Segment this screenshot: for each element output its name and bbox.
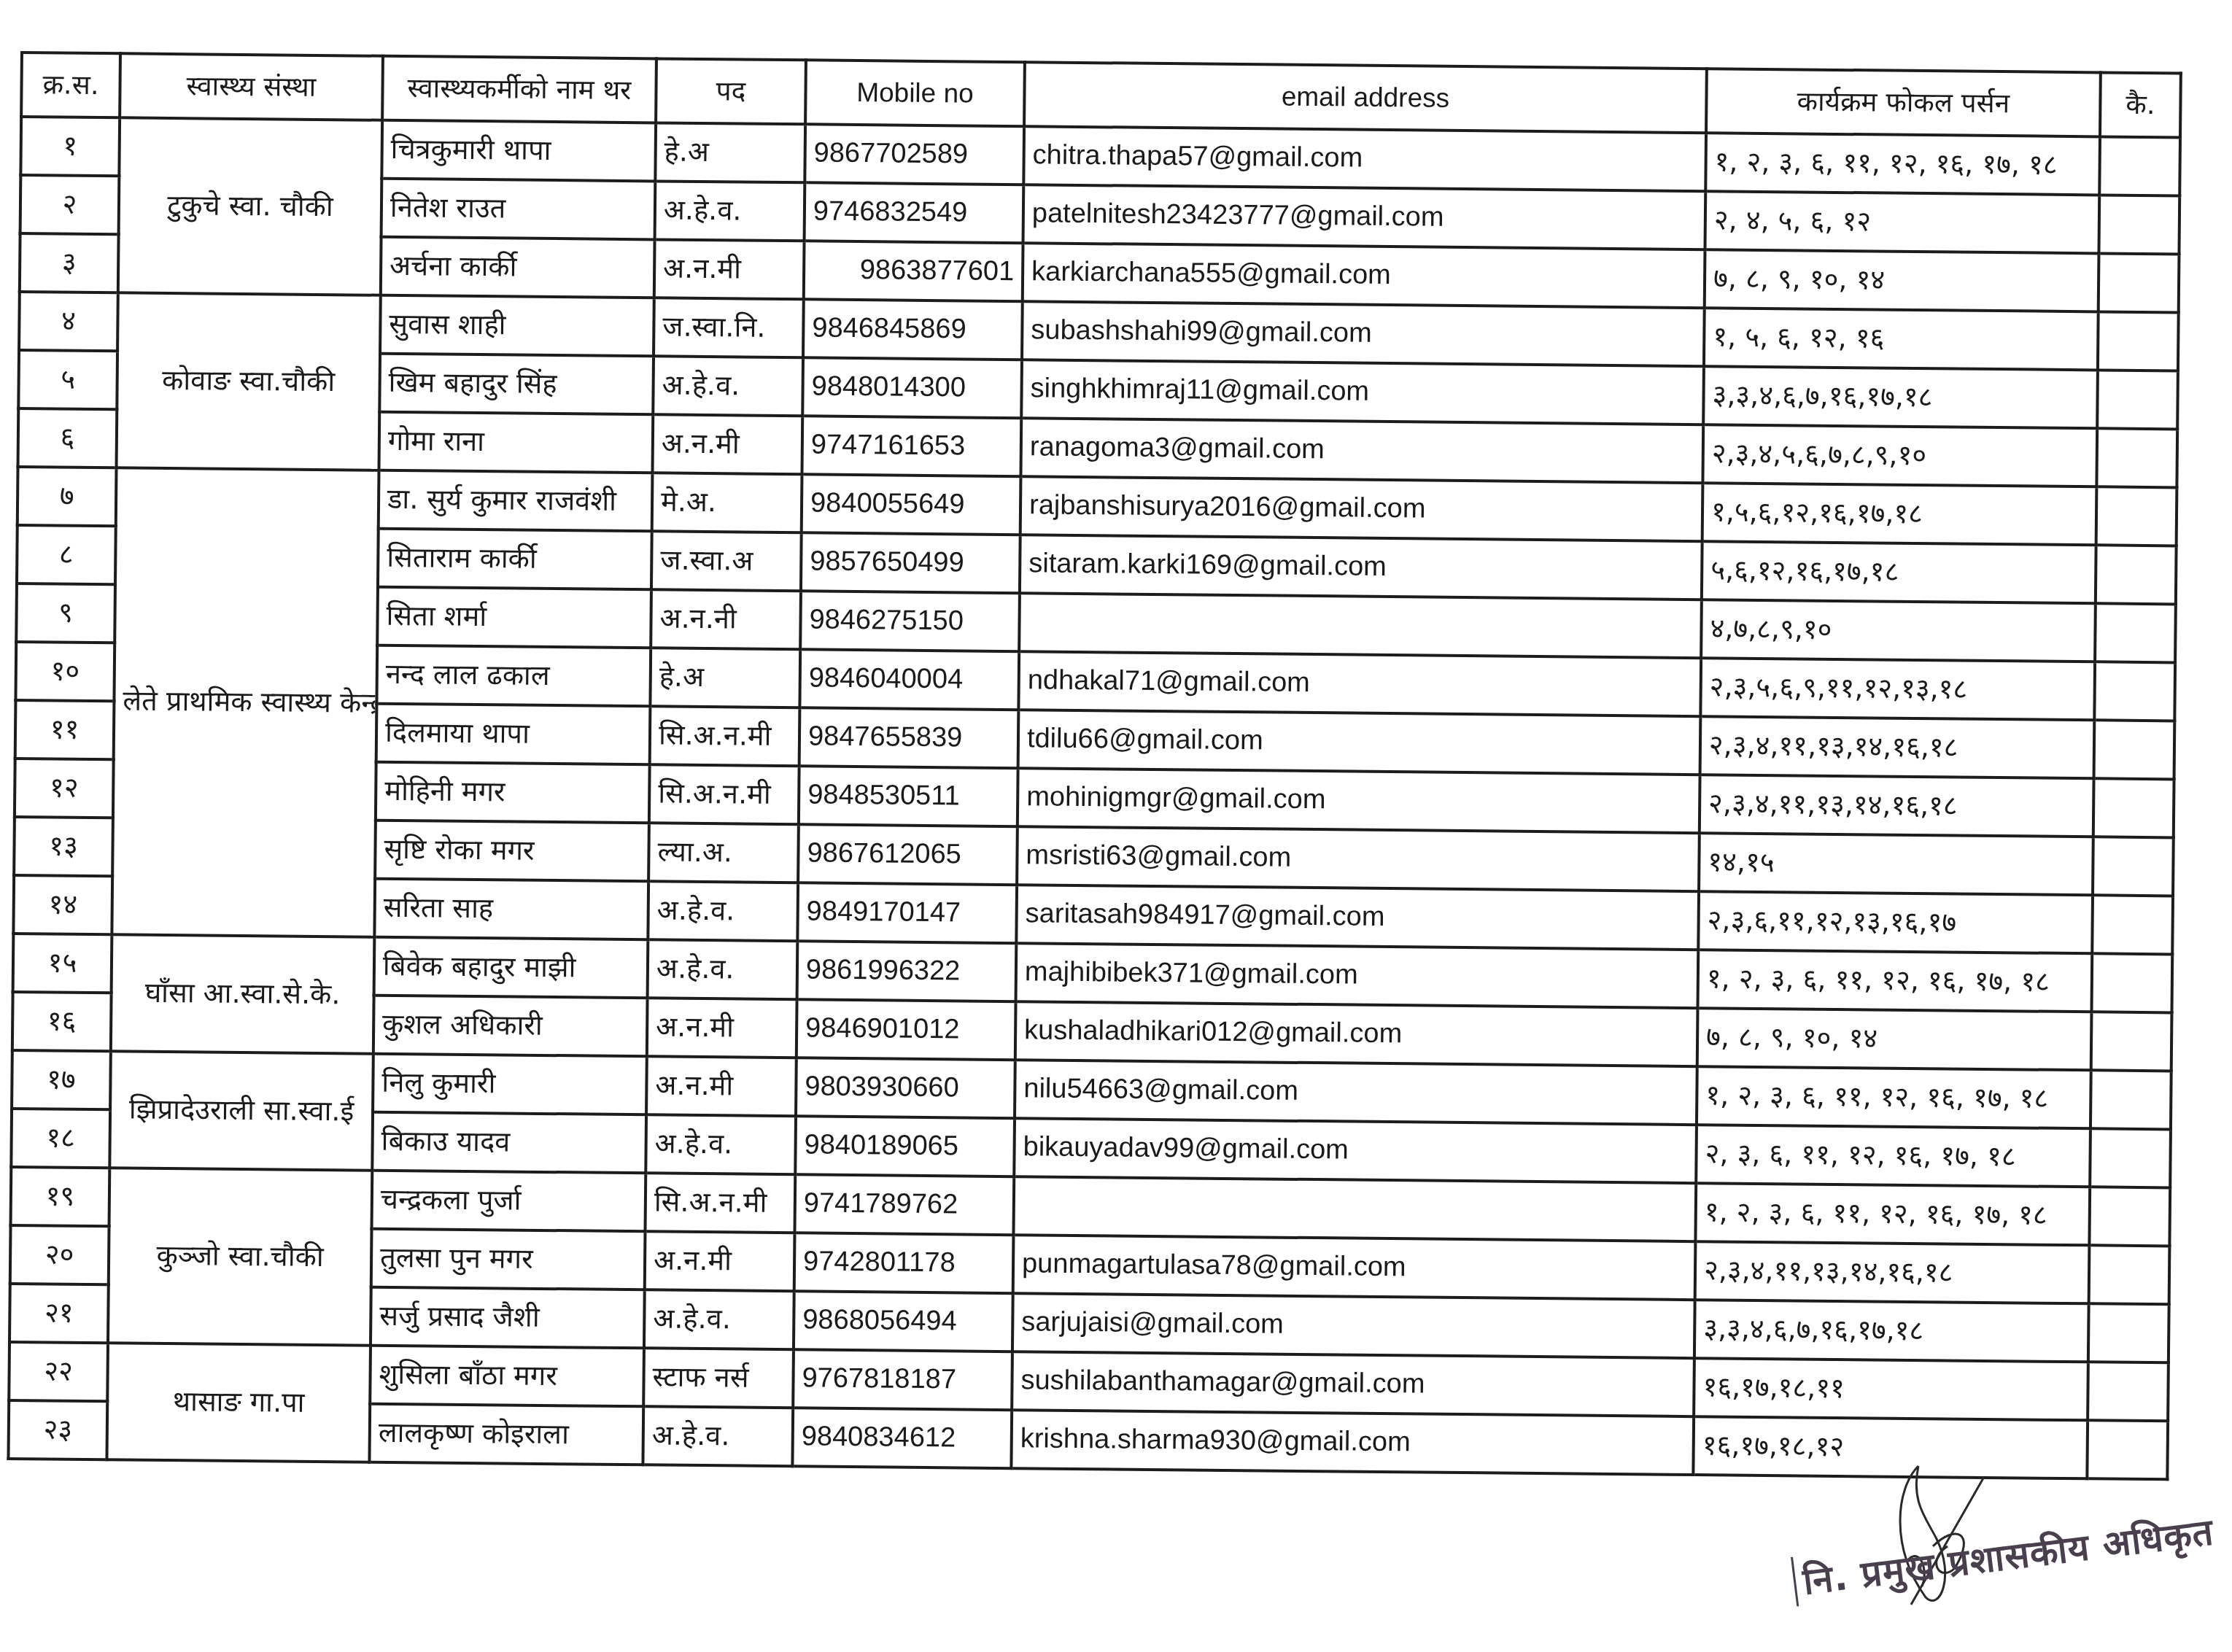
- focal-person-programs-cell: ३,३,४,६,७,१६,१७,१८: [1703, 366, 2098, 428]
- email-cell: ndhakal71@gmail.com: [1018, 651, 1701, 716]
- serial-number-cell: १४: [13, 875, 112, 934]
- health-institution-cell: कोवाङ स्वा.चौकी: [117, 292, 381, 470]
- serial-number-cell: ६: [18, 408, 117, 468]
- serial-number-cell: २: [20, 175, 120, 234]
- post-cell: मे.अ.: [652, 473, 802, 532]
- remarks-cell: [2099, 253, 2179, 312]
- serial-number-cell: ३: [20, 233, 119, 292]
- email-cell: sarjujaisi@gmail.com: [1012, 1293, 1695, 1358]
- remarks-cell: [2095, 603, 2176, 662]
- remarks-cell: [2092, 895, 2173, 954]
- remarks-cell: [2096, 545, 2177, 604]
- post-cell: अ.न.मी: [652, 414, 802, 474]
- health-worker-table: क्र.स. स्वास्थ्य संस्था स्वास्थ्यकर्मीको…: [7, 51, 2182, 1481]
- mobile-cell: 9867702589: [805, 124, 1024, 185]
- remarks-cell: [2087, 1420, 2168, 1479]
- worker-name-cell: लालकृष्ण कोइराला: [369, 1404, 643, 1465]
- remarks-cell: [2090, 1128, 2171, 1187]
- worker-name-cell: सुवास शाही: [380, 295, 654, 357]
- worker-name-cell: कुशल अधिकारी: [373, 996, 648, 1057]
- remarks-cell: [2089, 1187, 2170, 1246]
- post-cell: अ.न.मी: [646, 1056, 797, 1116]
- focal-person-programs-cell: १, २, ३, ६, ११, १२, १६, १७, १८: [1698, 950, 2093, 1012]
- table-body: १टुकुचे स्वा. चौकीचित्रकुमारी थापाहे.अ98…: [8, 117, 2180, 1479]
- focal-person-programs-cell: १, २, ३, ६, ११, १२, १६, १७, १८: [1705, 133, 2100, 195]
- mobile-cell: 9861996322: [797, 941, 1017, 1001]
- remarks-cell: [2090, 1070, 2171, 1129]
- email-cell: mohinigmgr@gmail.com: [1018, 768, 1700, 833]
- worker-name-cell: गोमा राना: [379, 412, 654, 473]
- serial-number-cell: ७: [18, 467, 117, 526]
- remarks-cell: [2094, 662, 2175, 721]
- health-institution-cell: कुञ्जो स्वा.चौकी: [108, 1168, 372, 1345]
- focal-person-programs-cell: २,३,४,११,१३,१४,१६,१८: [1700, 716, 2095, 778]
- post-cell: अ.हे.व.: [655, 181, 805, 241]
- serial-number-cell: ११: [15, 700, 115, 759]
- remarks-cell: [2091, 1012, 2172, 1071]
- serial-number-cell: २२: [9, 1342, 108, 1401]
- post-cell: सि.अ.न.मी: [650, 706, 800, 766]
- serial-number-cell: ५: [18, 350, 117, 409]
- remarks-cell: [2099, 195, 2179, 254]
- post-cell: अ.हे.व.: [644, 1290, 794, 1349]
- focal-person-programs-cell: ३,३,४,६,७,१६,१७,१८: [1694, 1300, 2089, 1362]
- post-cell: स्टाफ नर्स: [643, 1348, 794, 1408]
- health-institution-cell: थासाङ गा.पा: [106, 1343, 371, 1462]
- serial-number-cell: १९: [11, 1167, 110, 1226]
- mobile-cell: 9742801178: [794, 1233, 1014, 1293]
- focal-person-programs-cell: १, २, ३, ६, ११, १२, १६, १७, १८: [1695, 1183, 2090, 1245]
- serial-number-cell: २१: [9, 1284, 109, 1343]
- worker-name-cell: बिवेक बहादुर माझी: [374, 937, 648, 998]
- mobile-cell: 9741789762: [794, 1174, 1014, 1235]
- email-cell: nilu54663@gmail.com: [1015, 1060, 1697, 1125]
- worker-name-cell: चन्द्रकला पुर्जा: [372, 1171, 646, 1232]
- serial-number-cell: १८: [11, 1109, 110, 1168]
- focal-person-programs-cell: ७, ८, ९, १०, १४: [1705, 249, 2099, 311]
- worker-name-cell: अर्चना कार्की: [381, 237, 655, 298]
- worker-name-cell: मोहिनी मगर: [376, 762, 650, 823]
- focal-person-programs-cell: २,३,५,६,९,११,१२,१३,१८: [1700, 658, 2095, 720]
- remarks-cell: [2093, 837, 2174, 896]
- email-cell: chitra.thapa57@gmail.com: [1023, 126, 1706, 191]
- mobile-cell: 9767818187: [793, 1349, 1012, 1410]
- health-institution-cell: घाँसा आ.स्वा.से.के.: [111, 934, 375, 1053]
- focal-person-programs-cell: ४,७,८,९,१०: [1701, 600, 2096, 662]
- worker-name-cell: खिम बहादुर सिंह: [379, 354, 654, 415]
- health-institution-cell: झिप्रादेउराली सा.स्वा.ई: [109, 1051, 373, 1170]
- email-cell: karkiarchana555@gmail.com: [1023, 243, 1705, 308]
- focal-person-programs-cell: २, ३, ६, ११, १२, १६, १७, १८: [1696, 1125, 2090, 1187]
- serial-number-cell: ८: [17, 525, 116, 584]
- remarks-cell: [2096, 486, 2177, 546]
- serial-number-cell: २०: [10, 1225, 109, 1284]
- post-cell: अ.न.मी: [647, 998, 797, 1058]
- post-cell: अ.हे.व.: [653, 356, 803, 416]
- post-cell: अ.न.मी: [654, 239, 805, 299]
- worker-name-cell: नन्द लाल ढकाल: [376, 645, 651, 707]
- mobile-cell: 9868056494: [794, 1291, 1013, 1352]
- mobile-cell: 9848014300: [802, 357, 1022, 418]
- post-cell: अ.हे.व.: [643, 1406, 793, 1466]
- worker-name-cell: बिकाउ यादव: [372, 1112, 646, 1174]
- remarks-cell: [2088, 1303, 2169, 1362]
- remarks-cell: [2094, 720, 2175, 779]
- mobile-cell: 9846845869: [803, 299, 1023, 360]
- serial-number-cell: ९: [16, 583, 115, 643]
- post-cell: अ.हे.व.: [646, 1114, 796, 1174]
- post-cell: अ.हे.व.: [648, 881, 798, 941]
- email-cell: saritasah984917@gmail.com: [1016, 885, 1699, 950]
- post-cell: ल्या.अ.: [648, 823, 799, 883]
- remarks-cell: [2098, 311, 2179, 371]
- serial-number-cell: २३: [8, 1400, 107, 1459]
- email-cell: punmagartulasa78@gmail.com: [1013, 1235, 1696, 1300]
- post-cell: ज.स्वा.नि.: [654, 298, 804, 357]
- focal-person-programs-cell: २,३,४,११,१३,१४,१६,१८: [1700, 775, 2094, 837]
- serial-number-cell: ४: [19, 292, 118, 351]
- mobile-cell: 9846275150: [800, 591, 1020, 651]
- mobile-cell: 9840055649: [802, 474, 1021, 535]
- mobile-cell: 9863877601: [804, 241, 1023, 301]
- focal-person-programs-cell: १४,१५: [1699, 833, 2093, 895]
- worker-name-cell: डा. सुर्य कुमार राजवंशी: [379, 470, 653, 532]
- email-cell: msristi63@gmail.com: [1017, 826, 1700, 891]
- header-health-institution: स्वास्थ्य संस्था: [120, 53, 383, 120]
- remarks-cell: [2096, 428, 2177, 487]
- email-cell: singhkhimraj11@gmail.com: [1021, 360, 1704, 424]
- post-cell: अ.न.मी: [645, 1231, 795, 1291]
- mobile-cell: 9846901012: [797, 999, 1016, 1060]
- remarks-cell: [2088, 1362, 2169, 1421]
- mobile-cell: 9846040004: [799, 649, 1019, 710]
- remarks-cell: [2099, 136, 2180, 195]
- mobile-cell: 9840189065: [795, 1116, 1015, 1176]
- mobile-cell: 9848530511: [799, 766, 1018, 826]
- serial-number-cell: १७: [12, 1050, 111, 1109]
- email-cell: sitaram.karki169@gmail.com: [1020, 535, 1702, 600]
- email-cell: patelnitesh23423777@gmail.com: [1023, 185, 1706, 249]
- remarks-cell: [2093, 778, 2174, 837]
- serial-number-cell: १३: [14, 817, 113, 876]
- post-cell: सि.अ.न.मी: [646, 1173, 796, 1233]
- focal-person-programs-cell: ७, ८, ९, १०, १४: [1697, 1008, 2092, 1070]
- focal-person-programs-cell: ५,६,१२,१६,१७,१८: [1702, 541, 2096, 603]
- mobile-cell: 9867612065: [798, 824, 1018, 885]
- serial-number-cell: १२: [15, 759, 114, 818]
- post-cell: ज.स्वा.अ: [651, 531, 802, 591]
- mobile-cell: 9803930660: [796, 1058, 1015, 1118]
- mobile-cell: 9747161653: [802, 416, 1021, 476]
- email-cell: rajbanshisurya2016@gmail.com: [1020, 476, 1703, 541]
- mobile-cell: 9857650499: [801, 532, 1020, 593]
- post-cell: हे.अ: [655, 123, 805, 182]
- serial-number-cell: १: [20, 117, 120, 176]
- remarks-cell: [2091, 953, 2172, 1012]
- focal-person-programs-cell: १, ५, ६, १२, १६: [1704, 308, 2099, 370]
- worker-name-cell: निलु कुमारी: [373, 1054, 647, 1115]
- worker-name-cell: तुलसा पुन मगर: [371, 1229, 646, 1290]
- post-cell: सि.अ.न.मी: [649, 764, 799, 824]
- worker-name-cell: सिताराम कार्की: [378, 529, 652, 590]
- header-serial-number: क्र.स.: [21, 53, 120, 117]
- post-cell: अ.हे.व.: [648, 939, 798, 999]
- focal-person-programs-cell: २,३,६,११,१२,१३,१६,१७: [1698, 891, 2093, 953]
- mobile-cell: 9849170147: [797, 883, 1017, 943]
- header-mobile: Mobile no: [805, 60, 1025, 126]
- email-cell: majhibibek371@gmail.com: [1016, 943, 1699, 1008]
- post-cell: हे.अ: [650, 648, 800, 707]
- worker-name-cell: सरिता साह: [374, 879, 648, 940]
- email-cell: sushilabanthamagar@gmail.com: [1012, 1352, 1694, 1416]
- worker-name-cell: सिता शर्मा: [377, 587, 651, 648]
- focal-person-programs-cell: १६,१७,१८,११: [1694, 1358, 2088, 1420]
- email-cell: ranagoma3@gmail.com: [1020, 418, 1703, 483]
- header-health-worker-name: स्वास्थ्यकर्मीको नाम थर: [382, 56, 656, 123]
- remarks-cell: [2089, 1245, 2170, 1304]
- header-email: email address: [1024, 62, 1707, 133]
- focal-person-programs-cell: २, ४, ५, ६, १२: [1705, 191, 2099, 253]
- worker-name-cell: सृष्टि रोका मगर: [375, 821, 649, 882]
- mobile-cell: 9847655839: [799, 707, 1019, 768]
- serial-number-cell: १५: [13, 934, 112, 993]
- email-cell: krishna.sharma930@gmail.com: [1011, 1410, 1694, 1475]
- header-remarks: कै.: [2100, 72, 2181, 137]
- worker-name-cell: शुसिला बाँठा मगर: [370, 1346, 644, 1407]
- header-post: पद: [656, 58, 806, 124]
- post-cell: अ.न.नी: [651, 589, 801, 649]
- remarks-cell: [2097, 370, 2178, 429]
- serial-number-cell: १६: [12, 992, 112, 1051]
- worker-name-cell: चित्रकुमारी थापा: [381, 120, 656, 182]
- email-cell: [1013, 1176, 1696, 1241]
- focal-person-programs-cell: २,३,४,११,१३,१४,१६,१८: [1695, 1241, 2090, 1303]
- email-cell: tdilu66@gmail.com: [1018, 710, 1701, 775]
- focal-person-programs-cell: २,३,४,५,६,७,८,९,१०: [1702, 424, 2097, 486]
- document-sheet: क्र.स. स्वास्थ्य संस्था स्वास्थ्यकर्मीको…: [7, 51, 2179, 1481]
- worker-name-cell: सर्जु प्रसाद जैशी: [371, 1287, 645, 1349]
- health-institution-cell: लेते प्राथमिक स्वास्थ्य केन्द्र: [112, 468, 379, 936]
- health-institution-cell: टुकुचे स्वा. चौकी: [118, 117, 382, 295]
- mobile-cell: 9746832549: [805, 182, 1024, 243]
- email-cell: kushaladhikari012@gmail.com: [1015, 1001, 1698, 1066]
- email-cell: bikauyadav99@gmail.com: [1014, 1118, 1697, 1183]
- worker-name-cell: नितेश राउत: [381, 179, 656, 240]
- email-cell: [1019, 593, 1702, 658]
- focal-person-programs-cell: १, २, ३, ६, ११, १२, १६, १७, १८: [1697, 1066, 2091, 1128]
- header-program-focal-person: कार्यक्रम फोकल पर्सन: [1706, 69, 2101, 136]
- mobile-cell: 9840834612: [792, 1408, 1012, 1468]
- serial-number-cell: १०: [15, 642, 115, 701]
- worker-name-cell: दिलमाया थापा: [376, 704, 651, 765]
- focal-person-programs-cell: १,५,६,१२,१६,१७,१८: [1702, 483, 2097, 545]
- email-cell: subashshahi99@gmail.com: [1022, 301, 1705, 366]
